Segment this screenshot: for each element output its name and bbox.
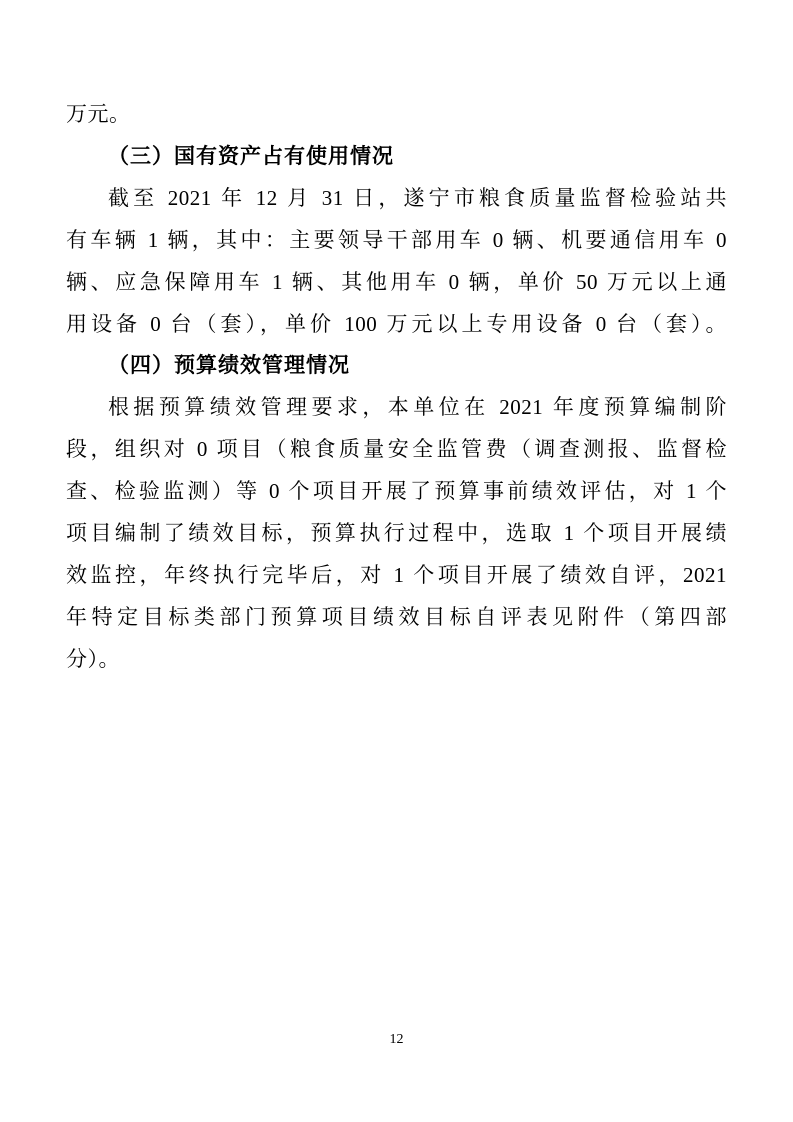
paragraph-assets-line-2: 有车辆 1 辆，其中：主要领导干部用车 0 辆、机要通信用车 0	[66, 220, 727, 262]
paragraph-performance-line-3: 查、检验监测）等 0 个项目开展了预算事前绩效评估，对 1 个	[66, 471, 727, 513]
document-body: 万元。 （三）国有资产占有使用情况 截至 2021 年 12 月 31 日，遂宁…	[66, 94, 727, 681]
section-heading-budget-performance: （四）预算绩效管理情况	[66, 345, 727, 387]
paragraph-continuation-line: 万元。	[66, 94, 727, 136]
paragraph-assets-line-1: 截至 2021 年 12 月 31 日，遂宁市粮食质量监督检验站共	[66, 178, 727, 220]
section-heading-state-assets: （三）国有资产占有使用情况	[66, 136, 727, 178]
paragraph-performance-line-6: 年特定目标类部门预算项目绩效目标自评表见附件（第四部	[66, 597, 727, 639]
paragraph-performance-line-7: 分）。	[66, 639, 727, 681]
paragraph-performance-line-1: 根据预算绩效管理要求，本单位在 2021 年度预算编制阶	[66, 387, 727, 429]
paragraph-assets-line-4: 用设备 0 台（套），单价 100 万元以上专用设备 0 台（套）。	[66, 304, 727, 346]
document-page: 万元。 （三）国有资产占有使用情况 截至 2021 年 12 月 31 日，遂宁…	[0, 0, 793, 1122]
paragraph-performance-line-2: 段，组织对 0 项目（粮食质量安全监管费（调查测报、监督检	[66, 429, 727, 471]
paragraph-performance-line-5: 效监控，年终执行完毕后，对 1 个项目开展了绩效自评，2021	[66, 555, 727, 597]
paragraph-performance-line-4: 项目编制了绩效目标，预算执行过程中，选取 1 个项目开展绩	[66, 513, 727, 555]
paragraph-assets-line-3: 辆、应急保障用车 1 辆、其他用车 0 辆，单价 50 万元以上通	[66, 262, 727, 304]
page-number: 12	[0, 1030, 793, 1050]
